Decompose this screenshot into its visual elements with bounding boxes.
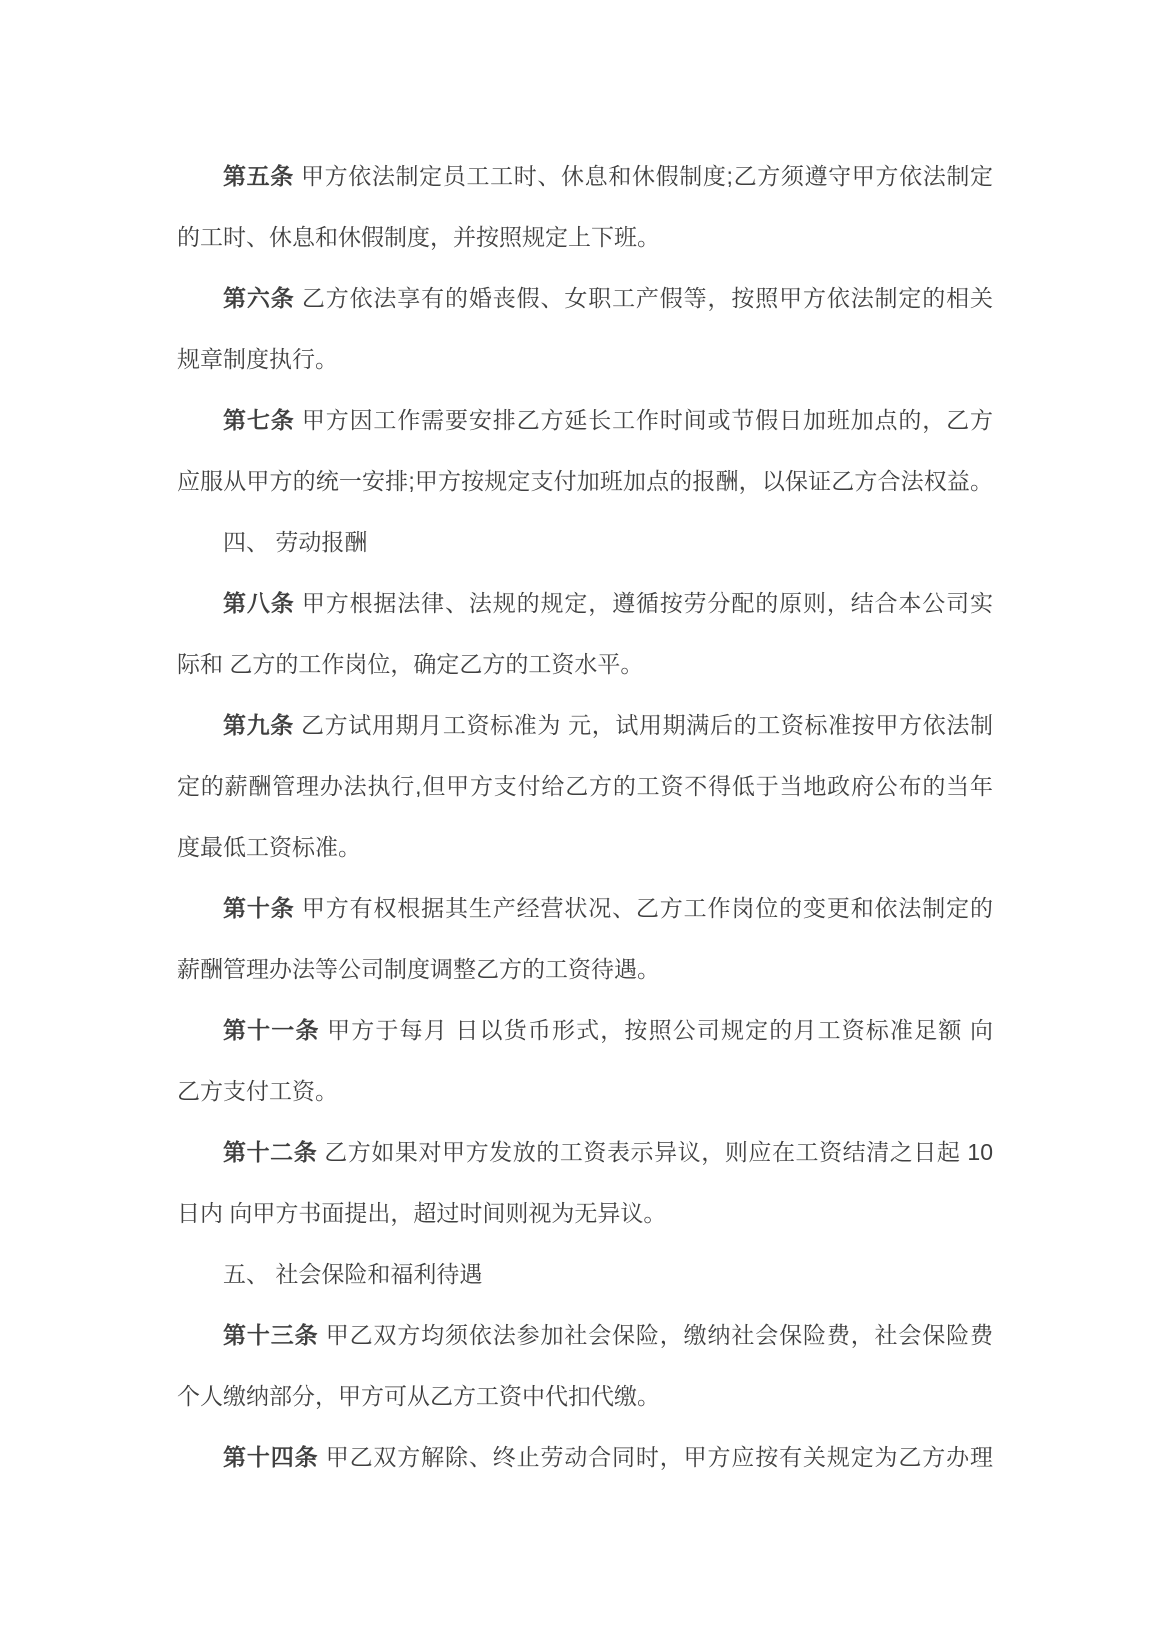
clause-number: 第六条 [223, 285, 295, 311]
clause-number: 第九条 [223, 712, 294, 738]
line-text: 乙方依法享有的婚丧假、女职工产假等，按照甲方依法制定的相关 [295, 285, 993, 311]
clause-number: 第八条 [223, 590, 295, 616]
contract-line: 的工时、休息和休假制度，并按照规定上下班。 [177, 207, 993, 268]
clause-number: 第五条 [223, 163, 294, 189]
line-text: 的工时、休息和休假制度，并按照规定上下班。 [177, 224, 660, 250]
line-text: 规章制度执行。 [177, 346, 338, 372]
clause-number: 第十一条 [223, 1017, 320, 1043]
contract-line-article-7: 第七条 甲方因工作需要安排乙方延长工作时间或节假日加班加点的，乙方 [177, 390, 993, 451]
line-text: 个人缴纳部分，甲方可从乙方工资中代扣代缴。 [177, 1383, 660, 1409]
contract-line: 个人缴纳部分，甲方可从乙方工资中代扣代缴。 [177, 1366, 993, 1427]
line-text: 甲乙双方解除、终止劳动合同时，甲方应按有关规定为乙方办理 [318, 1444, 993, 1470]
section-heading-text: 四、 劳动报酬 [223, 529, 367, 555]
clause-number: 第十条 [223, 895, 295, 921]
line-text: 乙方如果对甲方发放的工资表示异议，则应在工资结清之日起 10 [317, 1139, 993, 1165]
contract-line-article-8: 第八条 甲方根据法律、法规的规定，遵循按劳分配的原则，结合本公司实 [177, 573, 993, 634]
clause-number: 第十四条 [223, 1444, 318, 1470]
line-text: 日内 向甲方书面提出，超过时间则视为无异议。 [177, 1200, 666, 1226]
line-text: 乙方试用期月工资标准为 元，试用期满后的工资标准按甲方依法制 [294, 712, 993, 738]
contract-line-article-13: 第十三条 甲乙双方均须依法参加社会保险，缴纳社会保险费，社会保险费 [177, 1305, 993, 1366]
clause-number: 第十三条 [223, 1322, 318, 1348]
line-text: 薪酬管理办法等公司制度调整乙方的工资待遇。 [177, 956, 660, 982]
contract-line: 应服从甲方的统一安排;甲方按规定支付加班加点的报酬，以保证乙方合法权益。 [177, 451, 993, 512]
contract-line: 际和 乙方的工作岗位，确定乙方的工资水平。 [177, 634, 993, 695]
contract-line-article-5: 第五条 甲方依法制定员工工时、休息和休假制度;乙方须遵守甲方依法制定 [177, 146, 993, 207]
contract-line: 度最低工资标准。 [177, 817, 993, 878]
contract-line-article-12: 第十二条 乙方如果对甲方发放的工资表示异议，则应在工资结清之日起 10 [177, 1122, 993, 1183]
contract-text-block: 第五条 甲方依法制定员工工时、休息和休假制度;乙方须遵守甲方依法制定 的工时、休… [177, 146, 993, 1488]
line-text: 甲方因工作需要安排乙方延长工作时间或节假日加班加点的，乙方 [295, 407, 993, 433]
line-text: 甲乙双方均须依法参加社会保险，缴纳社会保险费，社会保险费 [318, 1322, 993, 1348]
contract-line: 薪酬管理办法等公司制度调整乙方的工资待遇。 [177, 939, 993, 1000]
section-heading-4: 四、 劳动报酬 [177, 512, 993, 573]
line-text: 甲方根据法律、法规的规定，遵循按劳分配的原则，结合本公司实 [295, 590, 993, 616]
contract-line-article-10: 第十条 甲方有权根据其生产经营状况、乙方工作岗位的变更和依法制定的 [177, 878, 993, 939]
clause-number: 第七条 [223, 407, 295, 433]
clause-number: 第十二条 [223, 1139, 317, 1165]
document-page: 第五条 甲方依法制定员工工时、休息和休假制度;乙方须遵守甲方依法制定 的工时、休… [0, 0, 1167, 1651]
section-heading-text: 五、 社会保险和福利待遇 [223, 1261, 482, 1287]
contract-line: 日内 向甲方书面提出，超过时间则视为无异议。 [177, 1183, 993, 1244]
contract-line: 规章制度执行。 [177, 329, 993, 390]
line-text: 甲方有权根据其生产经营状况、乙方工作岗位的变更和依法制定的 [295, 895, 993, 921]
contract-line-article-9: 第九条 乙方试用期月工资标准为 元，试用期满后的工资标准按甲方依法制 [177, 695, 993, 756]
line-text: 甲方依法制定员工工时、休息和休假制度;乙方须遵守甲方依法制定 [294, 163, 993, 189]
line-text: 际和 乙方的工作岗位，确定乙方的工资水平。 [177, 651, 643, 677]
contract-line: 乙方支付工资。 [177, 1061, 993, 1122]
line-text: 应服从甲方的统一安排;甲方按规定支付加班加点的报酬，以保证乙方合法权益。 [177, 468, 993, 494]
contract-line-article-14: 第十四条 甲乙双方解除、终止劳动合同时，甲方应按有关规定为乙方办理 [177, 1427, 993, 1488]
contract-line: 定的薪酬管理办法执行,但甲方支付给乙方的工资不得低于当地政府公布的当年 [177, 756, 993, 817]
contract-line-article-6: 第六条 乙方依法享有的婚丧假、女职工产假等，按照甲方依法制定的相关 [177, 268, 993, 329]
contract-line-article-11: 第十一条 甲方于每月 日以货币形式，按照公司规定的月工资标准足额 向 [177, 1000, 993, 1061]
line-text: 甲方于每月 日以货币形式，按照公司规定的月工资标准足额 向 [320, 1017, 993, 1043]
section-heading-5: 五、 社会保险和福利待遇 [177, 1244, 993, 1305]
line-text: 乙方支付工资。 [177, 1078, 338, 1104]
line-text: 度最低工资标准。 [177, 834, 361, 860]
line-text: 定的薪酬管理办法执行,但甲方支付给乙方的工资不得低于当地政府公布的当年 [177, 773, 993, 799]
